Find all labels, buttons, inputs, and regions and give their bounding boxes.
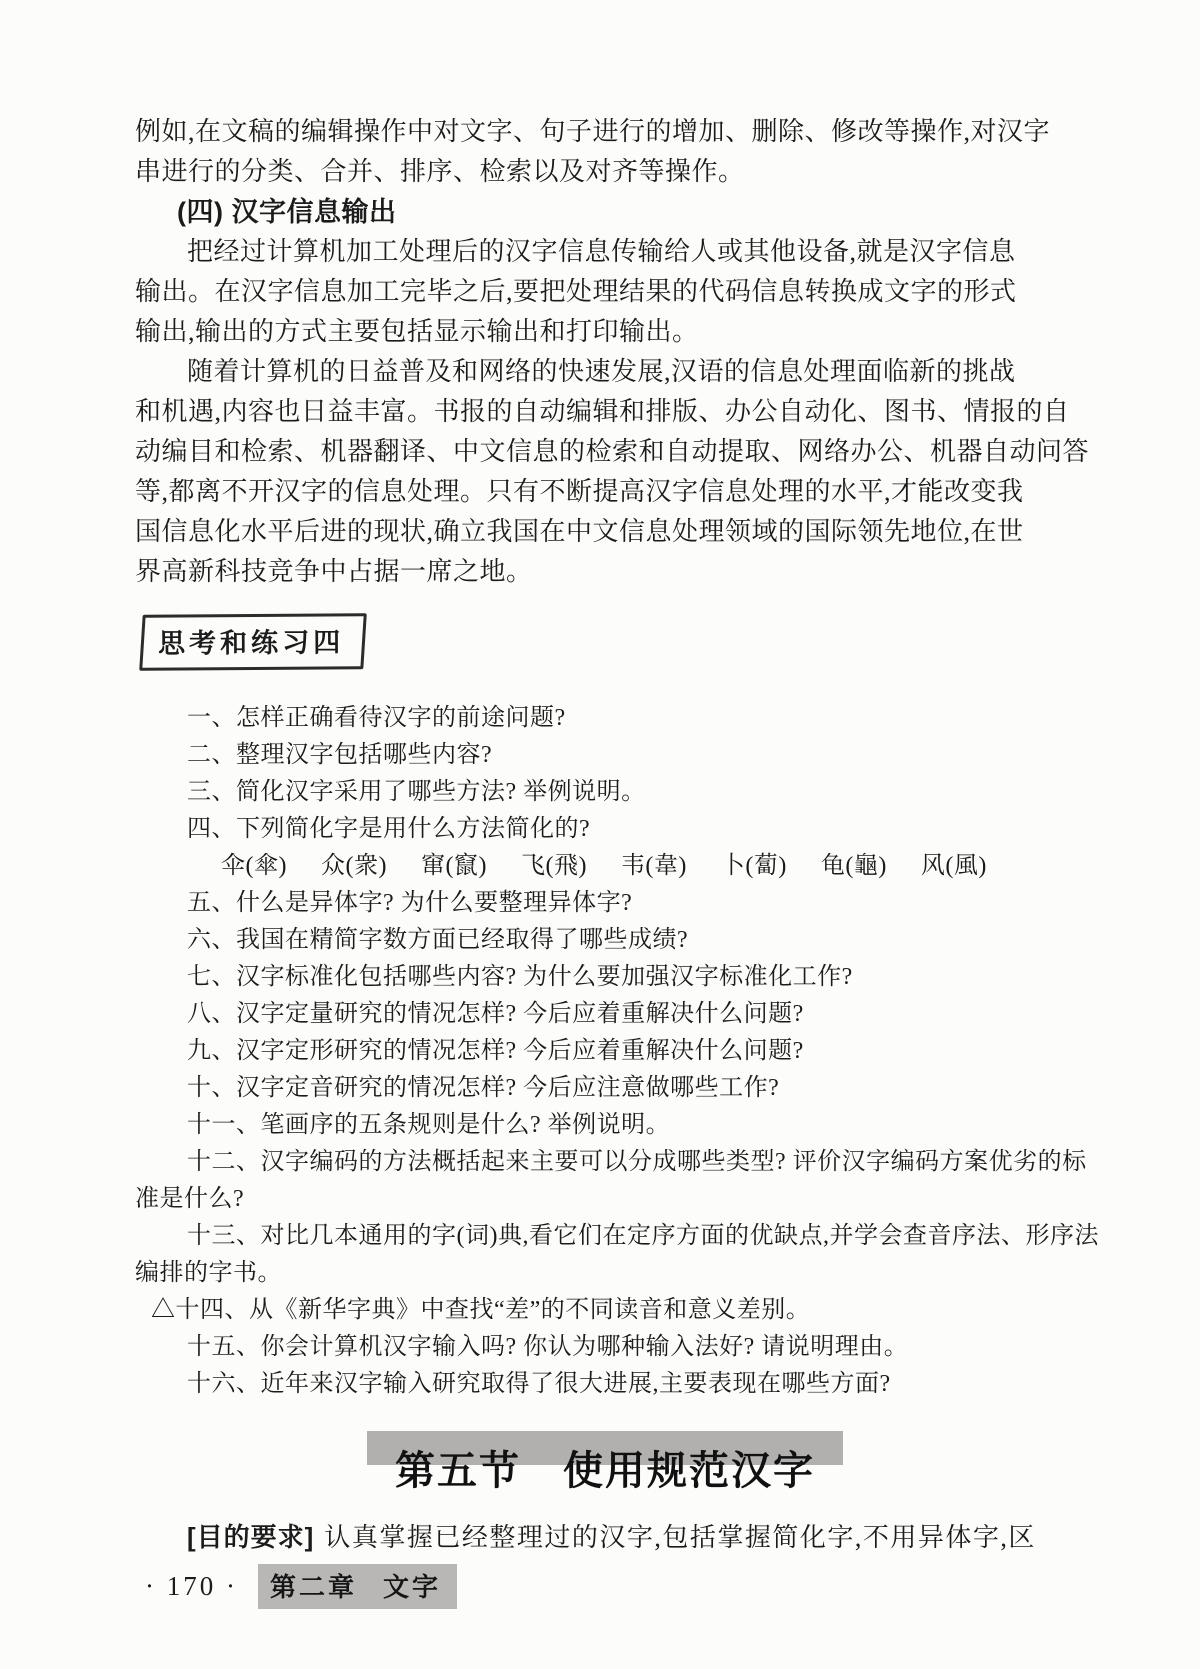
body-text-line: 界高新科技竞争中占据一席之地。 xyxy=(135,552,1075,592)
page-number: · 170 · xyxy=(145,1571,238,1602)
chapter-label: 第二章 xyxy=(270,1567,357,1604)
body-text-line: 动编目和检索、机器翻译、中文信息的检索和自动提取、网络办公、机器自动问答 xyxy=(135,432,1075,472)
exercise-question-line: 准是什么? xyxy=(135,1181,1075,1218)
chapter-title: 文字 xyxy=(383,1567,441,1604)
page-content: 例如,在文稿的编辑操作中对文字、句子进行的增加、删除、修改等操作,对汉字串进行的… xyxy=(135,112,1075,1609)
exercises-box-label: 思考和练习四 xyxy=(158,620,344,660)
simplified-traditional-char-pair: 窜(竄) xyxy=(421,848,487,885)
body-text-line: 输出,输出的方式主要包括显示输出和打印输出。 xyxy=(135,312,1075,352)
page: 例如,在文稿的编辑操作中对文字、句子进行的增加、删除、修改等操作,对汉字串进行的… xyxy=(0,0,1200,1669)
body-text-line: 把经过计算机加工处理后的汉字信息传输给人或其他设备,就是汉字信息 xyxy=(135,232,1075,272)
simplified-traditional-char-pair: 龟(龜) xyxy=(821,848,887,885)
exercise-question-line: 六、我国在精简字数方面已经取得了哪些成绩? xyxy=(135,922,1075,959)
exercises-list: 一、怎样正确看待汉字的前途问题?二、整理汉字包括哪些内容?三、简化汉字采用了哪些… xyxy=(135,700,1075,1403)
simplified-traditional-char-pair: 伞(傘) xyxy=(221,848,287,885)
exercise-question-line: 五、什么是异体字? 为什么要整理异体字? xyxy=(135,885,1075,922)
exercise-question-line: 三、简化汉字采用了哪些方法? 举例说明。 xyxy=(135,774,1075,811)
chapter-badge: 第二章 文字 xyxy=(258,1564,457,1609)
aim-label: [目的要求] xyxy=(187,1522,314,1552)
simplified-traditional-char-pair: 众(衆) xyxy=(321,848,387,885)
exercise-question-line: 九、汉字定形研究的情况怎样? 今后应着重解决什么问题? xyxy=(135,1033,1075,1070)
body-text-line: 国信息化水平后进的现状,确立我国在中文信息处理领域的国际领先地位,在世 xyxy=(135,512,1075,552)
exercise-question-line: 二、整理汉字包括哪些内容? xyxy=(135,737,1075,774)
exercise-question-line: 一、怎样正确看待汉字的前途问题? xyxy=(135,700,1075,737)
simplified-traditional-char-pair: 卜(蔔) xyxy=(721,848,787,885)
body-text-line: 输出。在汉字信息加工完毕之后,要把处理结果的代码信息转换成文字的形式 xyxy=(135,272,1075,312)
exercise-question-line: △十四、从《新华字典》中查找“差”的不同读音和意义差别。 xyxy=(135,1292,1075,1329)
exercise-question-line: 十二、汉字编码的方法概括起来主要可以分成哪些类型? 评价汉字编码方案优劣的标 xyxy=(135,1144,1075,1181)
simplified-traditional-char-pair: 韦(韋) xyxy=(621,848,687,885)
char-examples-row: 伞(傘)众(衆)窜(竄)飞(飛)韦(韋)卜(蔔)龟(龜)风(風) xyxy=(135,848,1075,885)
body-text-line: 等,都离不开汉字的信息处理。只有不断提高汉字信息处理的水平,才能改变我 xyxy=(135,472,1075,512)
section-title: 第五节 使用规范汉字 xyxy=(395,1439,815,1496)
exercise-question-line: 四、下列简化字是用什么方法简化的? xyxy=(135,811,1075,848)
sub-section-heading: (四) 汉字信息输出 xyxy=(135,192,1075,232)
simplified-traditional-char-pair: 飞(飛) xyxy=(521,848,587,885)
exercise-question-line: 七、汉字标准化包括哪些内容? 为什么要加强汉字标准化工作? xyxy=(135,959,1075,996)
page-footer: · 170 · 第二章 文字 xyxy=(145,1564,1075,1609)
body-text-line: 随着计算机的日益普及和网络的快速发展,汉语的信息处理面临新的挑战 xyxy=(135,352,1075,392)
aim-text: 认真掌握已经整理过的汉字,包括掌握简化字,不用异体字,区 xyxy=(324,1523,1036,1552)
body-text-line: 串进行的分类、合并、排序、检索以及对齐等操作。 xyxy=(135,152,1075,192)
body-text-block: 例如,在文稿的编辑操作中对文字、句子进行的增加、删除、修改等操作,对汉字串进行的… xyxy=(135,112,1075,592)
exercise-question-line: 八、汉字定量研究的情况怎样? 今后应着重解决什么问题? xyxy=(135,996,1075,1033)
exercise-question-line: 十五、你会计算机汉字输入吗? 你认为哪种输入法好? 请说明理由。 xyxy=(135,1329,1075,1366)
exercise-question-line: 十六、近年来汉字输入研究取得了很大进展,主要表现在哪些方面? xyxy=(135,1366,1075,1403)
simplified-traditional-char-pair: 风(風) xyxy=(921,848,987,885)
exercise-question-line: 十、汉字定音研究的情况怎样? 今后应注意做哪些工作? xyxy=(135,1070,1075,1107)
exercise-question-line: 十一、笔画序的五条规则是什么? 举例说明。 xyxy=(135,1107,1075,1144)
body-text-line: 例如,在文稿的编辑操作中对文字、句子进行的增加、删除、修改等操作,对汉字 xyxy=(135,112,1075,152)
body-text-line: 和机遇,内容也日益丰富。书报的自动编辑和排版、办公自动化、图书、情报的自 xyxy=(135,392,1075,432)
exercises-box: 思考和练习四 xyxy=(139,613,367,671)
exercise-question-line: 十三、对比几本通用的字(词)典,看它们在定序方面的优缺点,并学会查音序法、形序法 xyxy=(135,1218,1075,1255)
exercise-question-line: 编排的字书。 xyxy=(135,1255,1075,1292)
aim-paragraph: [目的要求]认真掌握已经整理过的汉字,包括掌握简化字,不用异体字,区 xyxy=(135,1517,1075,1558)
section-heading-bar: 第五节 使用规范汉字 xyxy=(367,1431,843,1465)
